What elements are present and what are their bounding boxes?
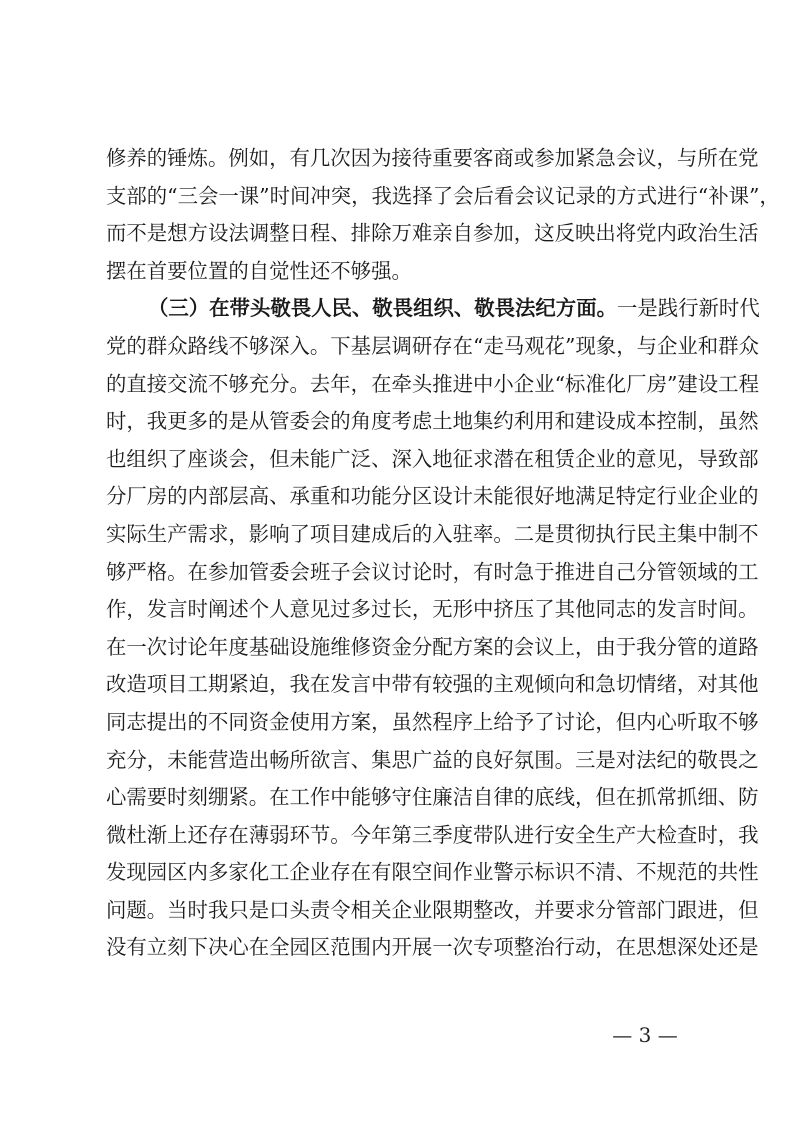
section-heading: （三）在带头敬畏人民、敬畏组织、敬畏法纪方面。 — [148, 296, 617, 320]
text-line: 也组织了座谈会，但未能广泛、深入地征求潜在租赁企业的意见，导致部 — [106, 441, 694, 479]
text-line: 充分，未能营造出畅所欲言、集思广益的良好氛围。三是对法纪的敬畏之 — [106, 742, 694, 780]
text-line: 修养的锤炼。例如，有几次因为接待重要客商或参加紧急会议，与所在党 — [106, 140, 694, 178]
text-line: 的直接交流不够充分。去年，在牵头推进中小企业“标准化厂房”建设工程 — [106, 366, 694, 404]
text-line: 分厂房的内部层高、承重和功能分区设计未能很好地满足特定行业企业的 — [106, 478, 694, 516]
text-line: 时，我更多的是从管委会的角度考虑土地集约利用和建设成本控制，虽然 — [106, 403, 694, 441]
body-text: 修养的锤炼。例如，有几次因为接待重要客商或参加紧急会议，与所在党 支部的“三会一… — [106, 140, 694, 967]
text-line: 同志提出的不同资金使用方案，虽然程序上给予了讨论，但内心听取不够 — [106, 704, 694, 742]
text-line: 心需要时刻绷紧。在工作中能够守住廉洁自律的底线，但在抓常抓细、防 — [106, 779, 694, 817]
text-line: 党的群众路线不够深入。下基层调研存在“走马观花”现象，与企业和群众 — [106, 328, 694, 366]
document-page: 修养的锤炼。例如，有几次因为接待重要客商或参加紧急会议，与所在党 支部的“三会一… — [0, 0, 793, 1122]
section-heading-line: （三）在带头敬畏人民、敬畏组织、敬畏法纪方面。一是践行新时代 — [106, 290, 694, 328]
text-line: 问题。当时我只是口头责令相关企业限期整改，并要求分管部门跟进，但 — [106, 892, 694, 930]
text-line: 够严格。在参加管委会班子会议讨论时，有时急于推进自己分管领域的工 — [106, 554, 694, 592]
text-line: 实际生产需求，影响了项目建成后的入驻率。二是贯彻执行民主集中制不 — [106, 516, 694, 554]
text-line: 作，发言时阐述个人意见过多过长，无形中挤压了其他同志的发言时间。 — [106, 591, 694, 629]
text-line: 微杜渐上还存在薄弱环节。今年第三季度带队进行安全生产大检查时，我 — [106, 817, 694, 855]
text-line: 发现园区内多家化工企业存在有限空间作业警示标识不清、不规范的共性 — [106, 854, 694, 892]
text-line: 而不是想方设法调整日程、排除万难亲自参加，这反映出将党内政治生活 — [106, 215, 694, 253]
heading-tail-text: 一是践行新时代 — [617, 296, 760, 320]
text-line: 摆在首要位置的自觉性还不够强。 — [106, 253, 694, 291]
page-number: — 3 — — [600, 1020, 690, 1050]
text-line: 支部的“三会一课”时间冲突，我选择了会后看会议记录的方式进行“补课”， — [106, 178, 694, 216]
text-line: 改造项目工期紧迫，我在发言中带有较强的主观倾向和急切情绪，对其他 — [106, 666, 694, 704]
text-line: 在一次讨论年度基础设施维修资金分配方案的会议上，由于我分管的道路 — [106, 629, 694, 667]
text-line: 没有立刻下决心在全园区范围内开展一次专项整治行动，在思想深处还是 — [106, 929, 694, 967]
